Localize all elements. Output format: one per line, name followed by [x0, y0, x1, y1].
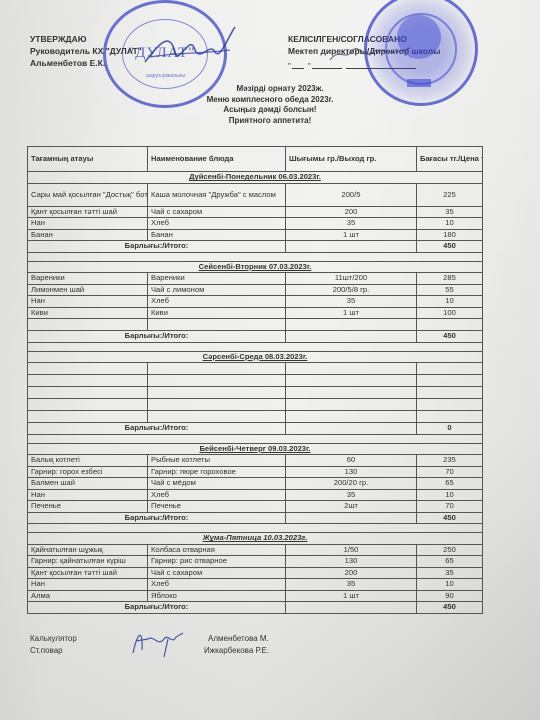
dish-weight: 1/50 [286, 544, 417, 556]
dish-price: 10 [417, 489, 483, 501]
dish-weight: 1 шт [286, 307, 417, 319]
dish-price [417, 375, 483, 387]
table-row [28, 363, 483, 375]
dish-name-ru [148, 363, 286, 375]
dish-name-ru [148, 411, 286, 423]
dish-weight: 1 шт [286, 229, 417, 241]
dish-name-ru: Хлеб [148, 489, 286, 501]
total-value: 0 [417, 423, 483, 435]
dish-name-ru [148, 399, 286, 411]
total-value: 450 [417, 331, 483, 343]
dish-price: 70 [417, 466, 483, 478]
dish-price: 10 [417, 218, 483, 230]
day-title: Сәрсенбі-Среда 08.03.2023г. [28, 351, 483, 363]
dish-name-kz: Вареники [28, 273, 148, 285]
school-director-signature [325, 42, 415, 67]
table-row [28, 411, 483, 423]
dish-weight: 2шт [286, 501, 417, 513]
dish-weight: 200 [286, 567, 417, 579]
dish-price: 35 [417, 206, 483, 218]
dish-name-kz: Балмен шай [28, 478, 148, 490]
dish-name-ru: Гарнир: пюре гороховое [148, 466, 286, 478]
dish-price: 250 [417, 544, 483, 556]
dish-weight: 130 [286, 556, 417, 568]
total-label: Барлығы:/Итого: [28, 331, 286, 343]
dish-price: 10 [417, 296, 483, 308]
dish-weight: 200/20 гр. [286, 478, 417, 490]
dish-name-kz [28, 363, 148, 375]
dish-name-kz: Нан [28, 296, 148, 308]
dish-weight: 200 [286, 206, 417, 218]
table-row: Қант қосылған тәтті шайЧай с сахаром2003… [28, 567, 483, 579]
table-row: Сары май қосылған "Достық" ботқасыКаша м… [28, 183, 483, 206]
dish-name-ru: Яблоко [148, 590, 286, 602]
total-value: 450 [417, 512, 483, 524]
dish-name-ru [148, 387, 286, 399]
header-name-kz: Тағамның атауы [28, 147, 148, 172]
dish-name-kz: Печенье [28, 501, 148, 513]
dish-name-ru [148, 375, 286, 387]
total-label: Барлығы:/Итого: [28, 423, 286, 435]
table-row: Гарнир: горох езбесіГарнир: пюре горохов… [28, 466, 483, 478]
table-row: КивиКиви1 шт100 [28, 307, 483, 319]
day-header-row: Бейсенбі-Четверг 09.03.2023г. [28, 443, 483, 455]
total-value: 450 [417, 241, 483, 253]
spacer-cell [28, 252, 483, 261]
dish-weight [286, 387, 417, 399]
section-spacer [28, 252, 483, 261]
dish-price: 100 [417, 307, 483, 319]
name-calculator: Алменбетова М. [204, 633, 269, 645]
dish-weight: 35 [286, 489, 417, 501]
day-title: Жұма-Пятница 10.03.2023г. [28, 533, 483, 545]
total-empty-cell [286, 512, 417, 524]
table-row: БананБанан1 шт180 [28, 229, 483, 241]
dish-weight: 1 шт [286, 590, 417, 602]
day-header-row: Сәрсенбі-Среда 08.03.2023г. [28, 351, 483, 363]
table-row: Балмен шайЧай с мёдом200/20 гр.65 [28, 478, 483, 490]
dish-name-ru: Хлеб [148, 296, 286, 308]
intro-wish-ru: Приятного аппетита! [0, 116, 540, 127]
name-head-cook: Ижкарбекова Р.Е. [204, 645, 269, 657]
dish-name-kz: Сары май қосылған "Достық" ботқасы [28, 183, 148, 206]
role-head-cook: Ст.повар [30, 645, 77, 657]
spacer-cell [28, 434, 483, 443]
dish-price [417, 387, 483, 399]
menu-intro: Мәзірді орнату 2023ж. Меню комплесного о… [0, 84, 540, 126]
table-row: ВареникиВареники11шт/200285 [28, 273, 483, 285]
dish-name-ru: Вареники [148, 273, 286, 285]
total-label: Барлығы:/Итого: [28, 241, 286, 253]
table-row: АлмаЯблоко1 шт90 [28, 590, 483, 602]
dish-name-kz [28, 375, 148, 387]
dish-name-kz: Гарнир: қайнатылған күріш [28, 556, 148, 568]
table-row [28, 399, 483, 411]
intro-wish-kz: Асыңыз дәмді болсын! [0, 105, 540, 116]
dish-name-ru: Колбаса отварная [148, 544, 286, 556]
dish-weight: 60 [286, 455, 417, 467]
dish-name-ru: Каша молочная "Дружба" с маслом [148, 183, 286, 206]
total-empty-cell [286, 331, 417, 343]
header-price: Бағасы тг./Цена тг. [417, 147, 483, 172]
section-spacer [28, 434, 483, 443]
menu-table: Тағамның атауы Наименование блюда Шығымы… [27, 146, 483, 614]
document-page: УТВЕРЖДАЮ Руководитель КХ "ДУЛАТ" Альмен… [0, 0, 540, 720]
footer-roles: Калькулятор Ст.повар [30, 633, 77, 657]
dish-weight [286, 363, 417, 375]
table-row: НанХлеб3510 [28, 296, 483, 308]
table-row: Балық котлетіРыбные котлеты60235 [28, 455, 483, 467]
table-row: ПеченьеПеченье2шт70 [28, 501, 483, 513]
dish-name-ru: Чай с сахаром [148, 567, 286, 579]
dish-name-kz: Киви [28, 307, 148, 319]
dish-name-ru: Хлеб [148, 218, 286, 230]
intro-line-kz: Мәзірді орнату 2023ж. [0, 84, 540, 95]
dish-name-kz: Қант қосылған тәтті шай [28, 567, 148, 579]
dish-name-ru [148, 319, 286, 331]
dish-weight [286, 411, 417, 423]
dish-name-kz [28, 387, 148, 399]
section-spacer [28, 342, 483, 351]
spacer-cell [28, 342, 483, 351]
dish-name-kz: Нан [28, 489, 148, 501]
section-spacer [28, 524, 483, 533]
dish-name-kz [28, 411, 148, 423]
dish-price: 65 [417, 556, 483, 568]
total-row: Барлығы:/Итого:450 [28, 512, 483, 524]
table-row: НанХлеб3510 [28, 218, 483, 230]
dish-name-kz: Балық котлеті [28, 455, 148, 467]
dish-name-kz: Гарнир: горох езбесі [28, 466, 148, 478]
dish-weight: 35 [286, 296, 417, 308]
total-label: Барлығы:/Итого: [28, 512, 286, 524]
dish-price [417, 411, 483, 423]
dish-name-ru: Банан [148, 229, 286, 241]
calculator-signature [128, 625, 188, 660]
table-row [28, 387, 483, 399]
dish-price [417, 399, 483, 411]
dish-name-ru: Чай с сахаром [148, 206, 286, 218]
dish-name-ru: Чай с мёдом [148, 478, 286, 490]
total-empty-cell [286, 423, 417, 435]
day-header-row: Дүйсенбі-Понедельник 06.03.2023г. [28, 172, 483, 184]
total-value: 450 [417, 602, 483, 614]
total-row: Барлығы:/Итого:450 [28, 331, 483, 343]
table-row [28, 319, 483, 331]
dish-name-kz: Нан [28, 579, 148, 591]
total-row: Барлығы:/Итого:450 [28, 602, 483, 614]
dish-price: 90 [417, 590, 483, 602]
dish-price: 235 [417, 455, 483, 467]
header-name-ru: Наименование блюда [148, 147, 286, 172]
day-title: Дүйсенбі-Понедельник 06.03.2023г. [28, 172, 483, 184]
table-row: НанХлеб3510 [28, 579, 483, 591]
dish-weight: 35 [286, 218, 417, 230]
total-label: Барлығы:/Итого: [28, 602, 286, 614]
dish-name-kz: Нан [28, 218, 148, 230]
dish-name-kz: Қант қосылған тәтті шай [28, 206, 148, 218]
footer-names: Алменбетова М. Ижкарбекова Р.Е. [204, 633, 269, 657]
role-calculator: Калькулятор [30, 633, 77, 645]
dish-price [417, 319, 483, 331]
day-title: Бейсенбі-Четверг 09.03.2023г. [28, 443, 483, 455]
total-row: Барлығы:/Итого:0 [28, 423, 483, 435]
day-header-row: Жұма-Пятница 10.03.2023г. [28, 533, 483, 545]
dish-price: 35 [417, 567, 483, 579]
table-row: Лимонмен шайЧай с лимоном200/5/8 гр.55 [28, 284, 483, 296]
dish-weight [286, 399, 417, 411]
dish-weight: 200/5 [286, 183, 417, 206]
dish-name-ru: Чай с лимоном [148, 284, 286, 296]
spacer-cell [28, 524, 483, 533]
dish-name-ru: Хлеб [148, 579, 286, 591]
table-header-row: Тағамның атауы Наименование блюда Шығымы… [28, 147, 483, 172]
header-weight: Шығымы гр./Выход гр. [286, 147, 417, 172]
dish-weight: 130 [286, 466, 417, 478]
dish-price: 285 [417, 273, 483, 285]
dish-name-kz: Қайнатылған шұжық [28, 544, 148, 556]
dish-price: 225 [417, 183, 483, 206]
table-row: Қайнатылған шұжықКолбаса отварная1/50250 [28, 544, 483, 556]
intro-line-ru: Меню комплесного обеда 2023г. [0, 95, 540, 106]
dish-name-ru: Рыбные котлеты [148, 455, 286, 467]
dish-price: 65 [417, 478, 483, 490]
dish-weight: 200/5/8 гр. [286, 284, 417, 296]
total-empty-cell [286, 602, 417, 614]
dish-weight: 11шт/200 [286, 273, 417, 285]
dish-price: 70 [417, 501, 483, 513]
dish-price [417, 363, 483, 375]
dish-price: 10 [417, 579, 483, 591]
dish-name-kz: Банан [28, 229, 148, 241]
dish-name-ru: Гарнир: рис отварное [148, 556, 286, 568]
dish-weight [286, 319, 417, 331]
table-row [28, 375, 483, 387]
table-row: НанХлеб3510 [28, 489, 483, 501]
dish-weight: 35 [286, 579, 417, 591]
dish-name-kz: Алма [28, 590, 148, 602]
total-row: Барлығы:/Итого:450 [28, 241, 483, 253]
dish-name-ru: Киви [148, 307, 286, 319]
dish-name-kz [28, 399, 148, 411]
dish-name-kz [28, 319, 148, 331]
dish-price: 180 [417, 229, 483, 241]
day-title: Сейсенбі-Вторник 07.03.2023г. [28, 261, 483, 273]
day-header-row: Сейсенбі-Вторник 07.03.2023г. [28, 261, 483, 273]
total-empty-cell [286, 241, 417, 253]
table-row: Қант қосылған тәтті шайЧай с сахаром2003… [28, 206, 483, 218]
dish-name-kz: Лимонмен шай [28, 284, 148, 296]
dish-name-ru: Печенье [148, 501, 286, 513]
dish-price: 55 [417, 284, 483, 296]
table-row: Гарнир: қайнатылған күрішГарнир: рис отв… [28, 556, 483, 568]
director-signature [140, 22, 240, 77]
dish-weight [286, 375, 417, 387]
